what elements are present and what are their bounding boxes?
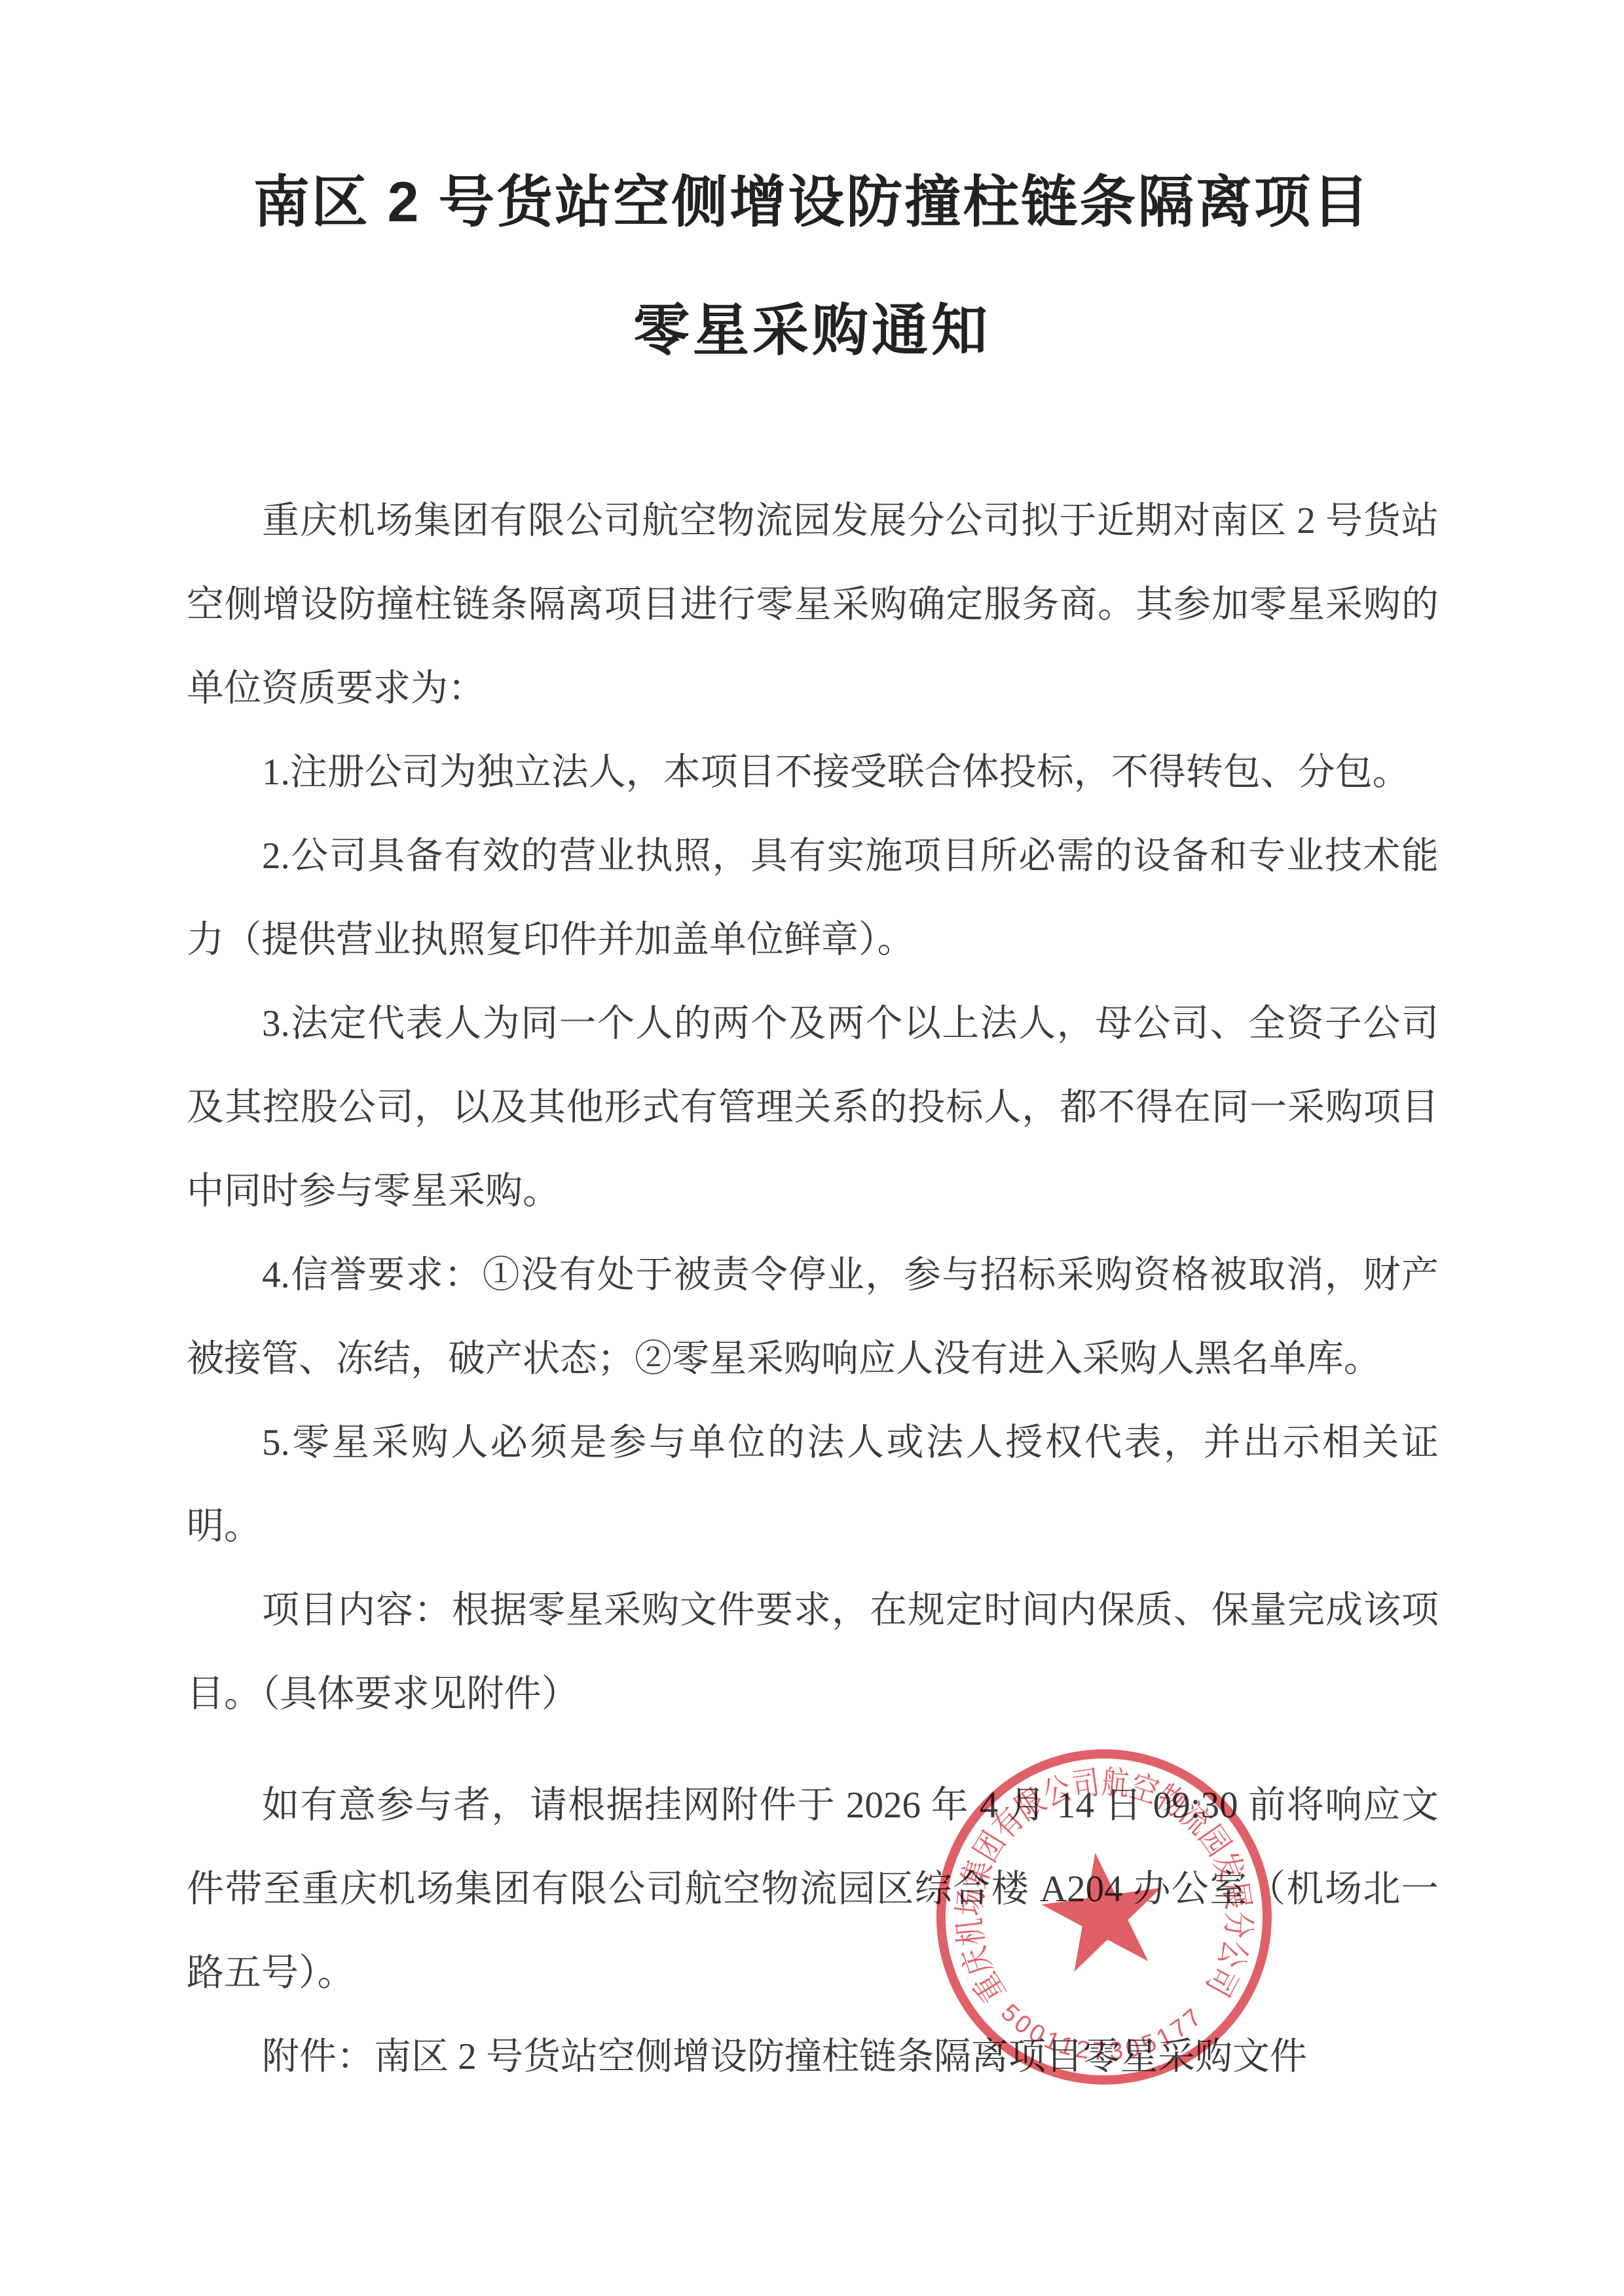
- paragraph-deadline: 如有意参与者，请根据挂网附件于 2026 年 4 月 14 日 09:30 前将…: [187, 1764, 1439, 2015]
- paragraph-requirement-1: 1.注册公司为独立法人，本项目不接受联合体投标，不得转包、分包。: [187, 731, 1439, 814]
- document-body: 重庆机场集团有限公司航空物流园发展分公司拟于近期对南区 2 号货站空侧增设防撞柱…: [187, 479, 1439, 2099]
- paragraph-requirement-2: 2.公司具备有效的营业执照，具有实施项目所必需的设备和专业技术能力（提供营业执照…: [187, 814, 1439, 982]
- paragraph-requirement-5: 5.零星采购人必须是参与单位的法人或法人授权代表，并出示相关证明。: [187, 1401, 1439, 1569]
- document-page: 南区 2 号货站空侧增设防撞柱链条隔离项目 零星采购通知 重庆机场集团有限公司航…: [0, 0, 1624, 2296]
- paragraph-requirement-4: 4.信誉要求：①没有处于被责令停业，参与招标采购资格被取消，财产被接管、冻结，破…: [187, 1233, 1439, 1401]
- paragraph-attachment: 附件：南区 2 号货站空侧增设防撞柱链条隔离项目零星采购文件: [187, 2015, 1439, 2099]
- title-line-2: 零星采购通知: [0, 302, 1624, 359]
- document-title: 南区 2 号货站空侧增设防撞柱链条隔离项目 零星采购通知: [0, 0, 1624, 359]
- title-line-1: 南区 2 号货站空侧增设防撞柱链条隔离项目: [0, 0, 1624, 231]
- paragraph-requirement-3: 3.法定代表人为同一个人的两个及两个以上法人，母公司、全资子公司及其控股公司，以…: [187, 982, 1439, 1233]
- paragraph-intro: 重庆机场集团有限公司航空物流园发展分公司拟于近期对南区 2 号货站空侧增设防撞柱…: [187, 479, 1439, 731]
- paragraph-project-content: 项目内容：根据零星采购文件要求，在规定时间内保质、保量完成该项目。（具体要求见附…: [187, 1569, 1439, 1736]
